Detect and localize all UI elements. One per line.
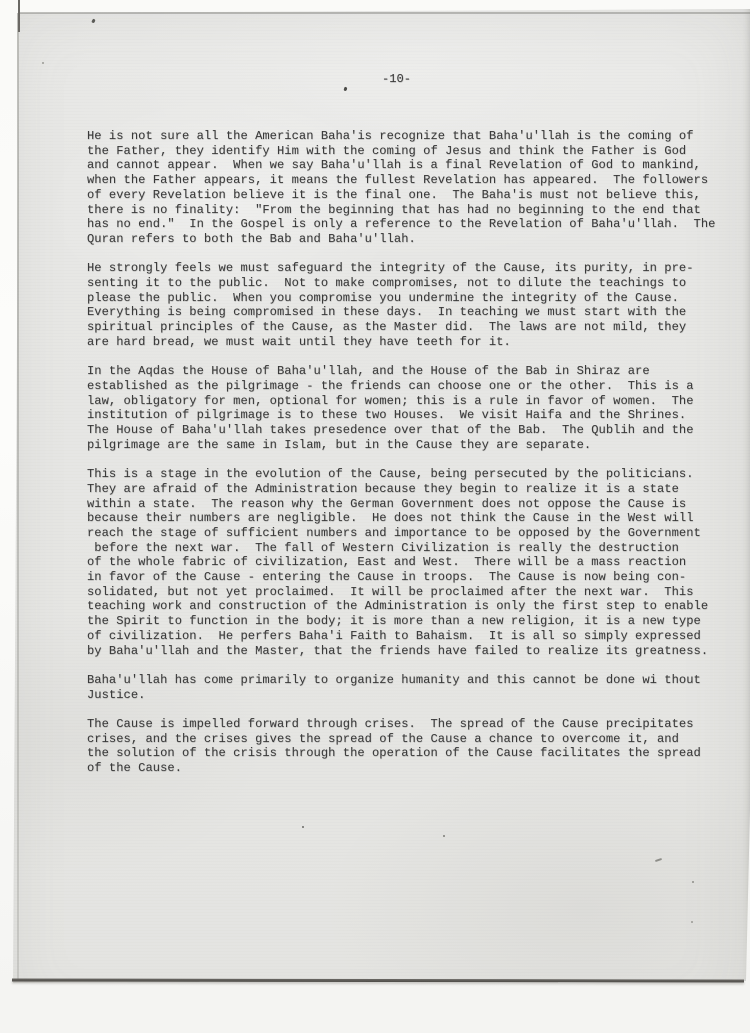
scan-background: -10- He is not sure all the American Bah… xyxy=(0,0,750,1033)
paragraph: This is a stage in the evolution of the … xyxy=(87,467,727,658)
dust-speck xyxy=(42,62,44,64)
paragraph: The Cause is impelled forward through cr… xyxy=(87,717,727,776)
paper-corner-curl xyxy=(18,0,20,32)
paper-left-edge xyxy=(17,13,19,979)
paragraph: In the Aqdas the House of Baha'u'llah, a… xyxy=(87,364,727,452)
paragraph: Baha'u'llah has come primarily to organi… xyxy=(87,673,727,702)
paper-top-edge xyxy=(19,12,750,14)
page-number: -10- xyxy=(382,72,411,87)
dust-speck xyxy=(691,921,693,923)
dust-speck xyxy=(443,835,445,837)
document-body: He is not sure all the American Baha'is … xyxy=(87,129,727,791)
dust-speck xyxy=(692,881,694,883)
paragraph: He is not sure all the American Baha'is … xyxy=(87,129,727,247)
paragraph: He strongly feels we must safeguard the … xyxy=(87,261,727,349)
dust-speck xyxy=(302,826,304,828)
